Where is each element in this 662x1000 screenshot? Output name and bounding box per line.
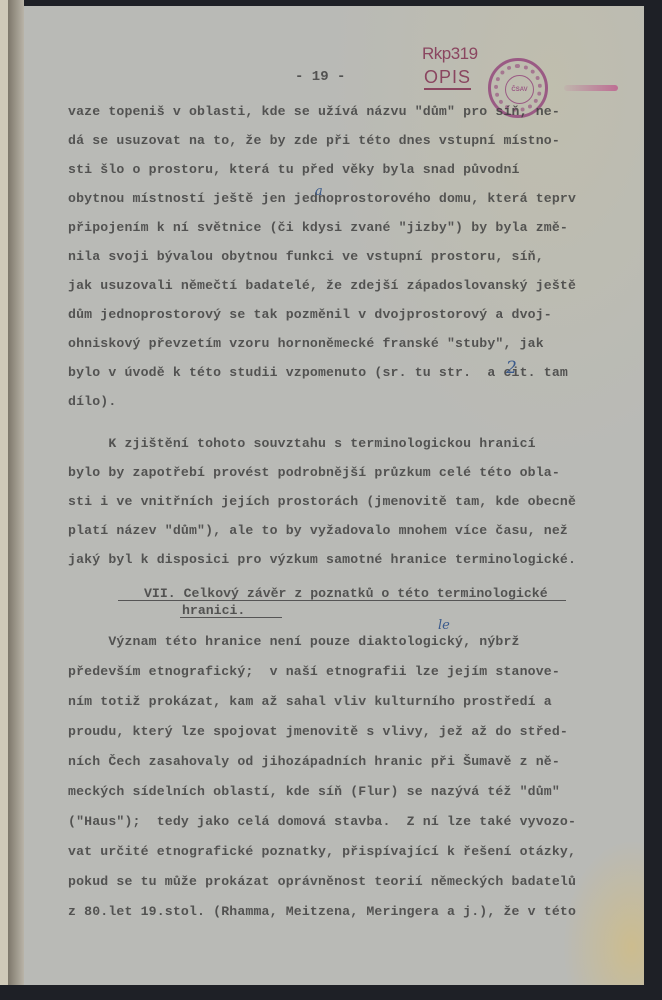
heading-underline — [118, 600, 566, 601]
text-line: jaký byl k disposici pro výzkum samotné … — [68, 552, 576, 567]
text-line: nila svoji bývalou obytnou funkci ve vst… — [68, 249, 544, 264]
text-line: Význam této hranice není pouze diaktolog… — [68, 634, 520, 649]
text-line: připojením k ní světnice (či kdysi zvané… — [68, 220, 568, 235]
text-line: jak usuzovali němečtí badatelé, že zdejš… — [68, 278, 576, 293]
heading-underline — [180, 617, 282, 618]
text-line: meckých sídelních oblastí, kde síň (Flur… — [68, 784, 560, 799]
shelfmark-stamp: Rkp319 — [422, 44, 478, 64]
text-line: ních Čech zasahovaly od jihozápadních hr… — [68, 754, 560, 769]
section-heading-continued: hranici. — [182, 603, 245, 618]
text-line: bylo v úvodě k této studii vzpomenuto (s… — [68, 365, 568, 380]
text-line: vat určité etnografické poznatky, přispí… — [68, 844, 576, 859]
typewritten-page: - 19 - Rkp319 OPIS ČSAV vaze topeniš v o… — [24, 6, 644, 986]
text-line: vaze topeniš v oblasti, kde se užívá náz… — [68, 104, 560, 119]
text-line: ním totiž prokázat, kam až sahal vliv ku… — [68, 694, 552, 709]
text-line: sti šlo o prostoru, která tu před věky b… — [68, 162, 520, 177]
page-gutter-shadow — [8, 0, 24, 985]
handwritten-correction: le — [438, 618, 450, 633]
text-line: sti i ve vnitřních jejích prostorách (jm… — [68, 494, 576, 509]
text-line: dá se usuzovat na to, že by zde při této… — [68, 133, 560, 148]
text-line: bylo by zapotřebí provést podrobnější pr… — [68, 465, 560, 480]
text-line: z 80.let 19.stol. (Rhamma, Meitzena, Mer… — [68, 904, 576, 919]
text-line: proudu, který lze spojovat jmenovitě s v… — [68, 724, 568, 739]
handwritten-insert: a — [315, 184, 323, 199]
ink-smudge — [564, 85, 618, 91]
copy-mark-stamp: OPIS — [424, 67, 471, 90]
book-binding-edge — [0, 0, 8, 1000]
scanner-background — [0, 985, 662, 1000]
seal-center: ČSAV — [505, 75, 534, 104]
text-line: platí název "dům"), ale to by vyžadovalo… — [68, 523, 568, 538]
text-line: dílo). — [68, 394, 116, 409]
seal-label: ČSAV — [506, 87, 533, 93]
section-heading: VII. Celkový závěr z poznatků o této ter… — [144, 586, 548, 601]
text-line: ohniskový převzetím vzoru hornoněmecké f… — [68, 336, 544, 351]
text-line: ("Haus"); tedy jako celá domová stavba. … — [68, 814, 576, 829]
handwritten-page-ref: 2 — [506, 358, 517, 378]
text-line: pokud se tu může prokázat oprávněnost te… — [68, 874, 576, 889]
page-number: - 19 - — [295, 69, 345, 85]
text-line: dům jednoprostorový se tak pozměnil v dv… — [68, 307, 552, 322]
text-line: K zjištění tohoto souvztahu s terminolog… — [68, 436, 536, 451]
text-line: především etnografický; v naší etnografi… — [68, 664, 560, 679]
